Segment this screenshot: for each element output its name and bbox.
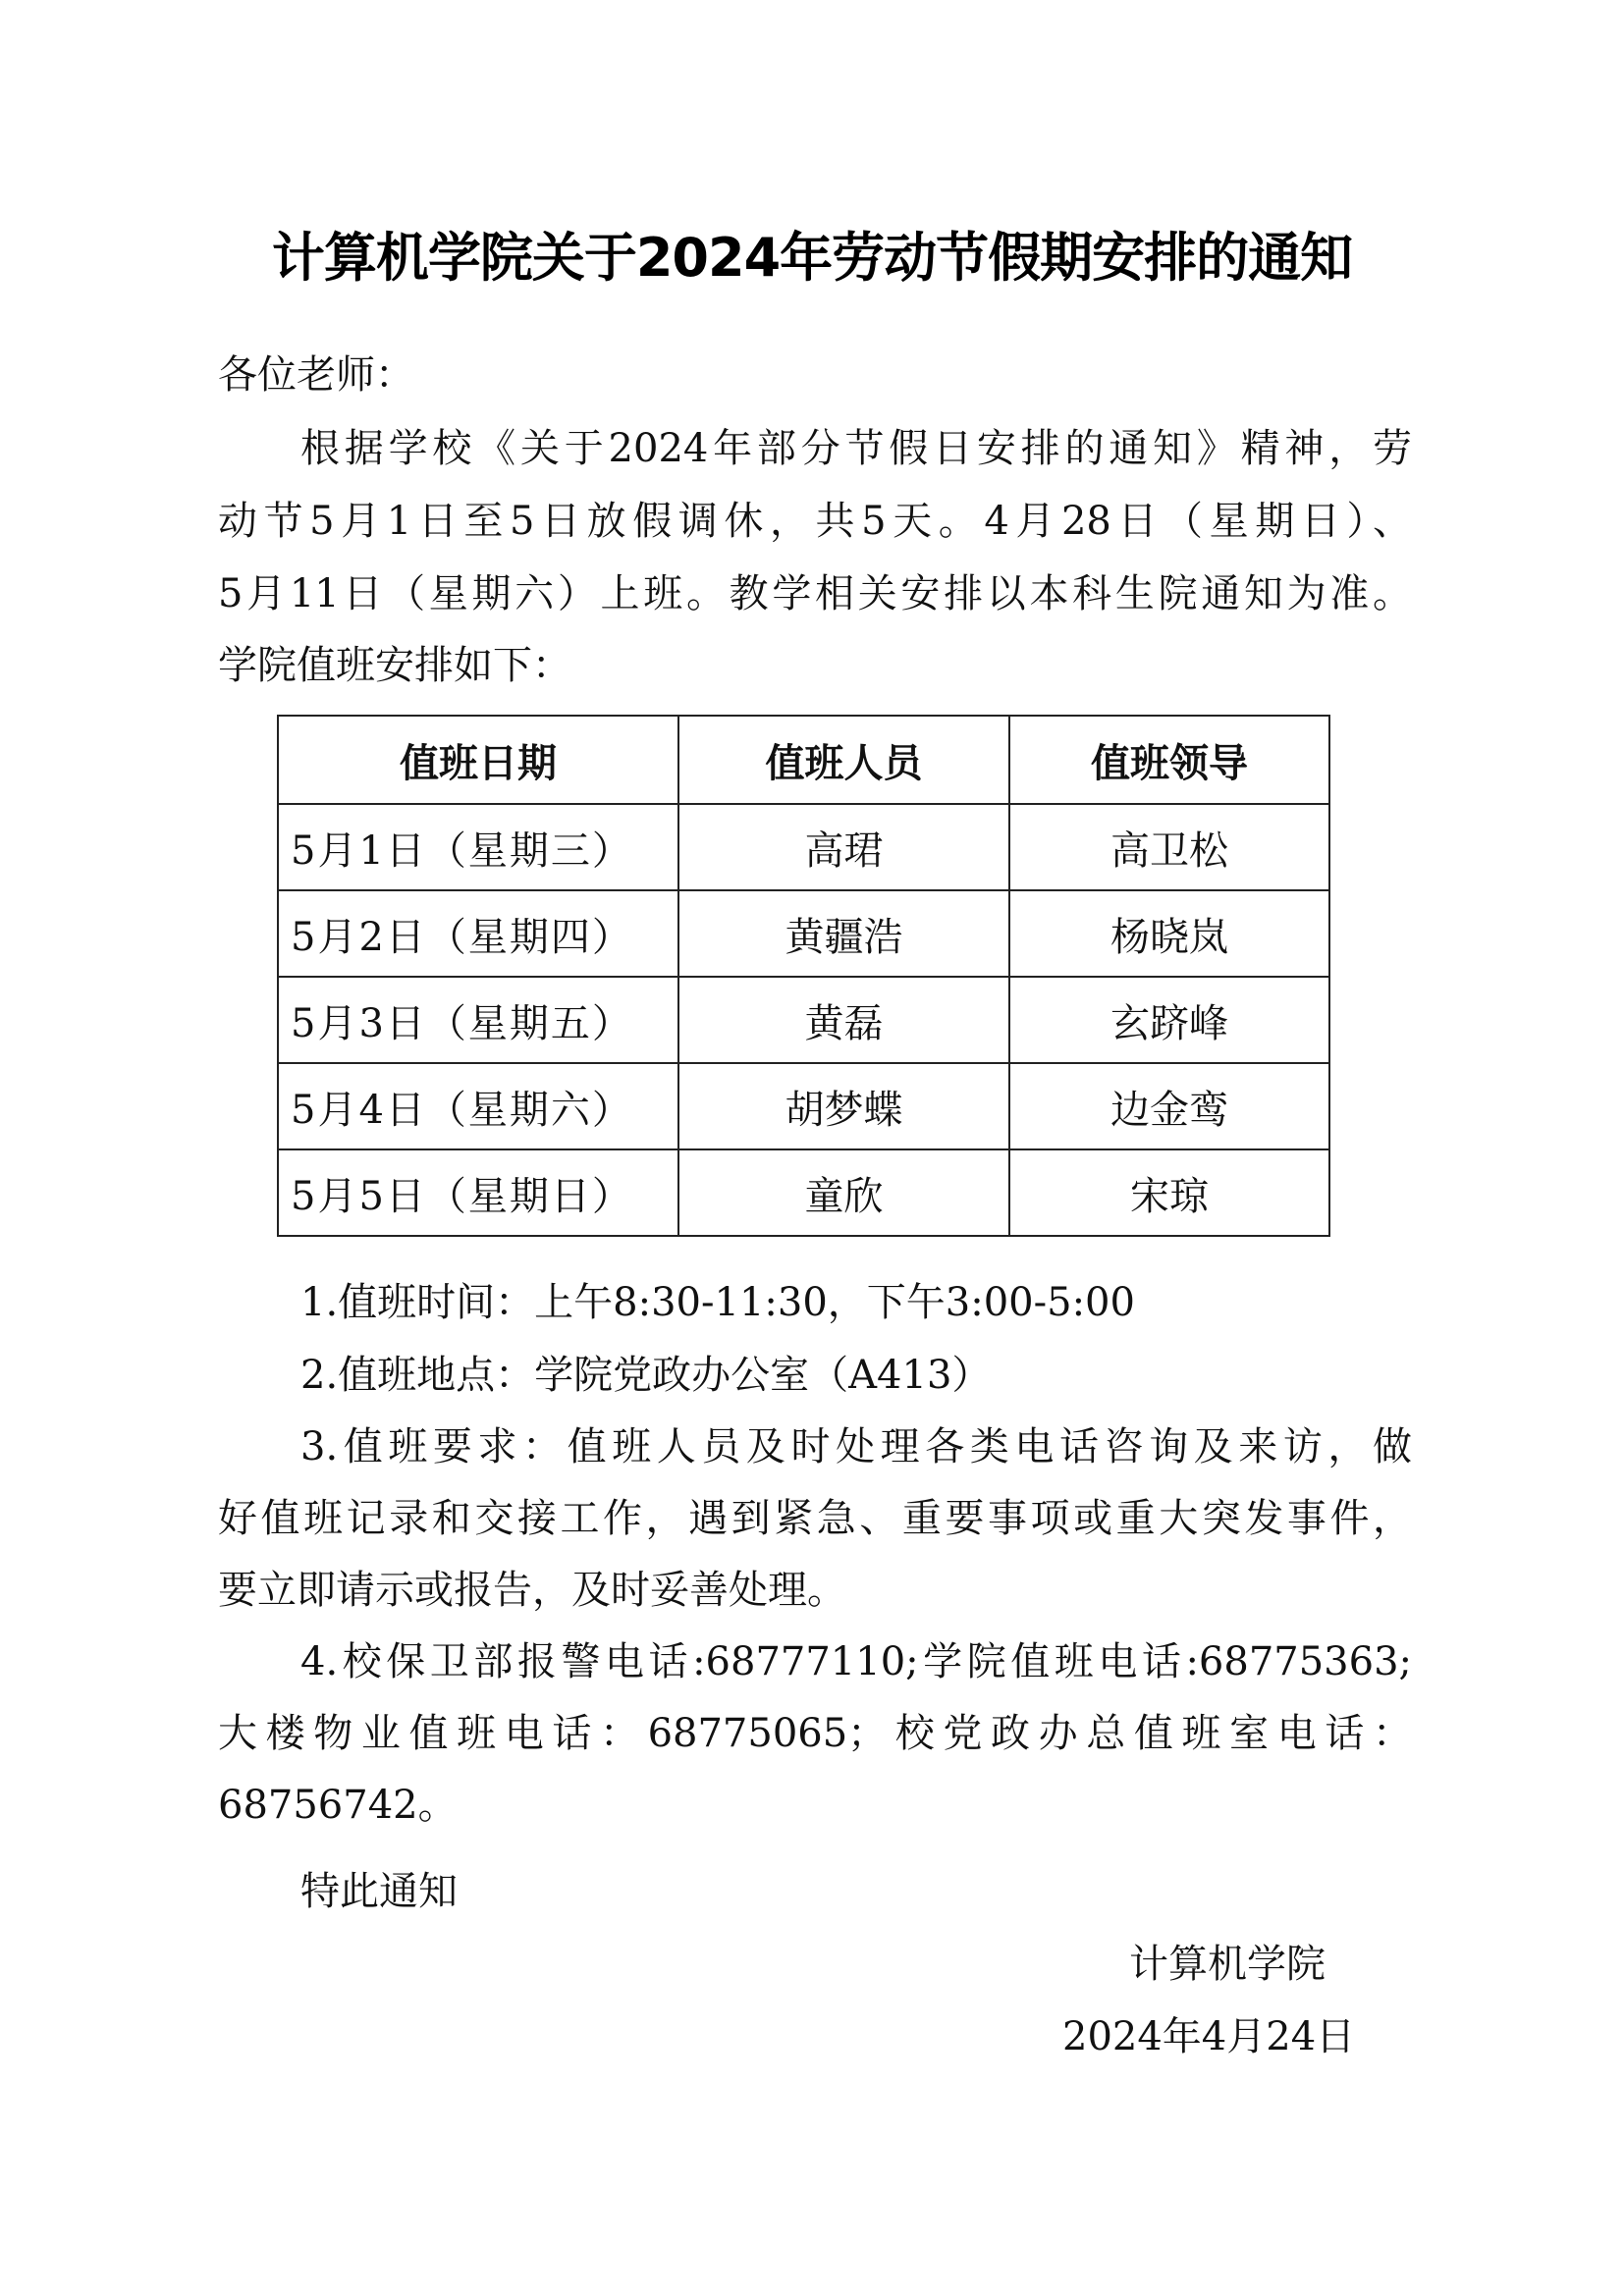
closing-remark: 特此通知 — [300, 1867, 1494, 1916]
header-duty-leader: 值班领导 — [1009, 716, 1329, 804]
note-duty-location: 2.值班地点：学院党政办公室（A413） — [300, 1351, 1412, 1400]
table-header-row: 值班日期 值班人员 值班领导 — [278, 716, 1329, 804]
note-duty-requirement-line-1: 3.值班要求：值班人员及时处理各类电话咨询及来访，做 — [300, 1422, 1412, 1471]
duty-date-cell: 5月5日（星期日） — [278, 1149, 678, 1236]
body-line-2: 动节5月1日至5日放假调休，共5天。4月28日（星期日）、 — [218, 497, 1412, 546]
header-duty-date: 值班日期 — [278, 716, 678, 804]
body-line-1: 根据学校《关于2024年部分节假日安排的通知》精神，劳 — [300, 424, 1412, 473]
duty-leader-cell: 高卫松 — [1009, 804, 1329, 890]
duty-schedule-table: 值班日期 值班人员 值班领导 5月1日（星期三） 高珺 高卫松 5月2日（星期四… — [277, 715, 1330, 1237]
duty-date-cell: 5月2日（星期四） — [278, 890, 678, 977]
duty-staff-cell: 童欣 — [678, 1149, 1009, 1236]
duty-date-cell: 5月4日（星期六） — [278, 1063, 678, 1149]
duty-staff-cell: 黄磊 — [678, 977, 1009, 1063]
table-row: 5月2日（星期四） 黄疆浩 杨晓岚 — [278, 890, 1329, 977]
salutation: 各位老师： — [218, 350, 1412, 400]
duty-date-cell: 5月3日（星期五） — [278, 977, 678, 1063]
document-title: 计算机学院关于2024年劳动节假期安排的通知 — [0, 224, 1624, 293]
document-page: 计算机学院关于2024年劳动节假期安排的通知 各位老师： 根据学校《关于2024… — [0, 0, 1624, 2296]
note-phone-line-3: 68756742。 — [218, 1781, 1412, 1830]
duty-staff-cell: 胡梦蝶 — [678, 1063, 1009, 1149]
duty-leader-cell: 玄跻峰 — [1009, 977, 1329, 1063]
table-row: 5月3日（星期五） 黄磊 玄跻峰 — [278, 977, 1329, 1063]
note-duty-time: 1.值班时间：上午8:30-11:30，下午3:00-5:00 — [300, 1278, 1412, 1327]
header-duty-staff: 值班人员 — [678, 716, 1009, 804]
duty-leader-cell: 宋琼 — [1009, 1149, 1329, 1236]
duty-date-cell: 5月1日（星期三） — [278, 804, 678, 890]
signature-organization: 计算机学院 — [1129, 1940, 1326, 1989]
note-phone-line-2: 大楼物业值班电话：68775065；校党政办总值班室电话： — [218, 1709, 1412, 1758]
table-row: 5月5日（星期日） 童欣 宋琼 — [278, 1149, 1329, 1236]
signature-date: 2024年4月24日 — [1062, 2012, 1355, 2061]
duty-leader-cell: 杨晓岚 — [1009, 890, 1329, 977]
note-duty-requirement-line-2: 好值班记录和交接工作，遇到紧急、重要事项或重大突发事件， — [218, 1494, 1412, 1543]
table-row: 5月4日（星期六） 胡梦蝶 边金鸾 — [278, 1063, 1329, 1149]
note-phone-line-1: 4.校保卫部报警电话:68777110;学院值班电话:68775363; — [300, 1637, 1412, 1686]
table-row: 5月1日（星期三） 高珺 高卫松 — [278, 804, 1329, 890]
note-duty-requirement-line-3: 要立即请示或报告，及时妥善处理。 — [218, 1566, 1412, 1615]
duty-staff-cell: 高珺 — [678, 804, 1009, 890]
duty-staff-cell: 黄疆浩 — [678, 890, 1009, 977]
duty-leader-cell: 边金鸾 — [1009, 1063, 1329, 1149]
body-line-4: 学院值班安排如下： — [218, 641, 1412, 690]
body-line-3: 5月11日（星期六）上班。教学相关安排以本科生院通知为准。 — [218, 569, 1412, 618]
